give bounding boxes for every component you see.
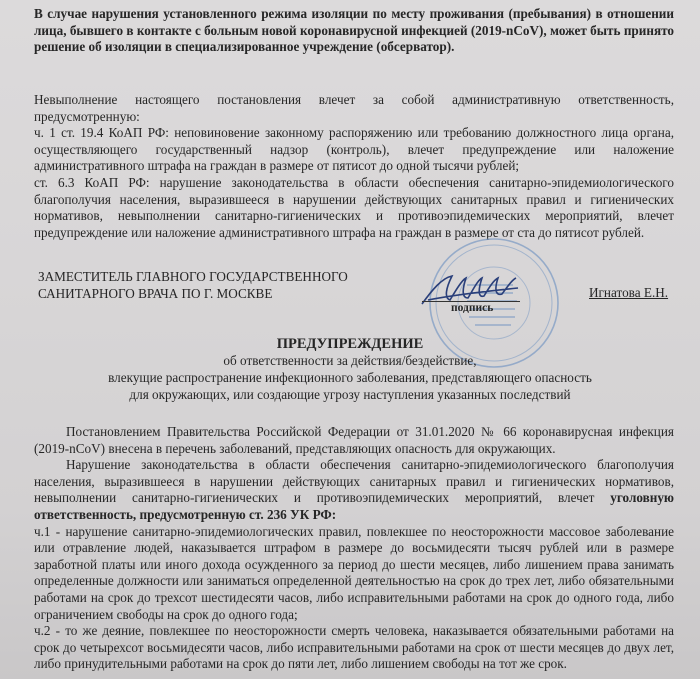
administrative-liability-section: Невыполнение настоящего постановления вл… bbox=[34, 92, 674, 241]
signature-caption: подпись bbox=[451, 302, 493, 314]
signer-position: Заместитель главного государственного са… bbox=[38, 269, 348, 302]
document-page: В случае нарушения установленного режима… bbox=[0, 0, 700, 679]
warning-subtitle-line1: об ответственности за действия/бездейств… bbox=[0, 353, 700, 369]
warning-subtitle-line2: влекущие распространение инфекционного з… bbox=[0, 370, 700, 386]
clause-koap-6-3: ст. 6.3 КоАП РФ: нарушение законодательс… bbox=[34, 175, 674, 241]
government-decree-paragraph: Постановлением Правительства Российской … bbox=[34, 424, 674, 457]
signer-position-line1: Заместитель главного государственного bbox=[38, 269, 348, 286]
warning-subtitle-line3: для окружающих, или создающие угрозу нас… bbox=[0, 387, 700, 403]
criminal-liability-section: Постановлением Правительства Российской … bbox=[34, 424, 674, 673]
isolation-notice-text: В случае нарушения установленного режима… bbox=[34, 6, 674, 56]
violation-paragraph: Нарушение законодательства в области обе… bbox=[34, 457, 674, 523]
clause-uk-236-part2: ч.2 - то же деяние, повлекшее по неостор… bbox=[34, 623, 674, 673]
clause-koap-19-4: ч. 1 ст. 19.4 КоАП РФ: неповиновение зак… bbox=[34, 125, 674, 175]
warning-title: ПРЕДУПРЕЖДЕНИЕ bbox=[0, 336, 700, 353]
violation-text: Нарушение законодательства в области обе… bbox=[34, 457, 674, 505]
signer-name: Игнатова Е.Н. bbox=[589, 285, 668, 301]
clause-uk-236-part1: ч.1 - нарушение санитарно-эпидемиологиче… bbox=[34, 524, 674, 624]
signer-position-line2: санитарного врача по г. Москве bbox=[38, 286, 348, 303]
isolation-notice: В случае нарушения установленного режима… bbox=[34, 6, 674, 56]
admin-liability-intro: Невыполнение настоящего постановления вл… bbox=[34, 92, 674, 125]
